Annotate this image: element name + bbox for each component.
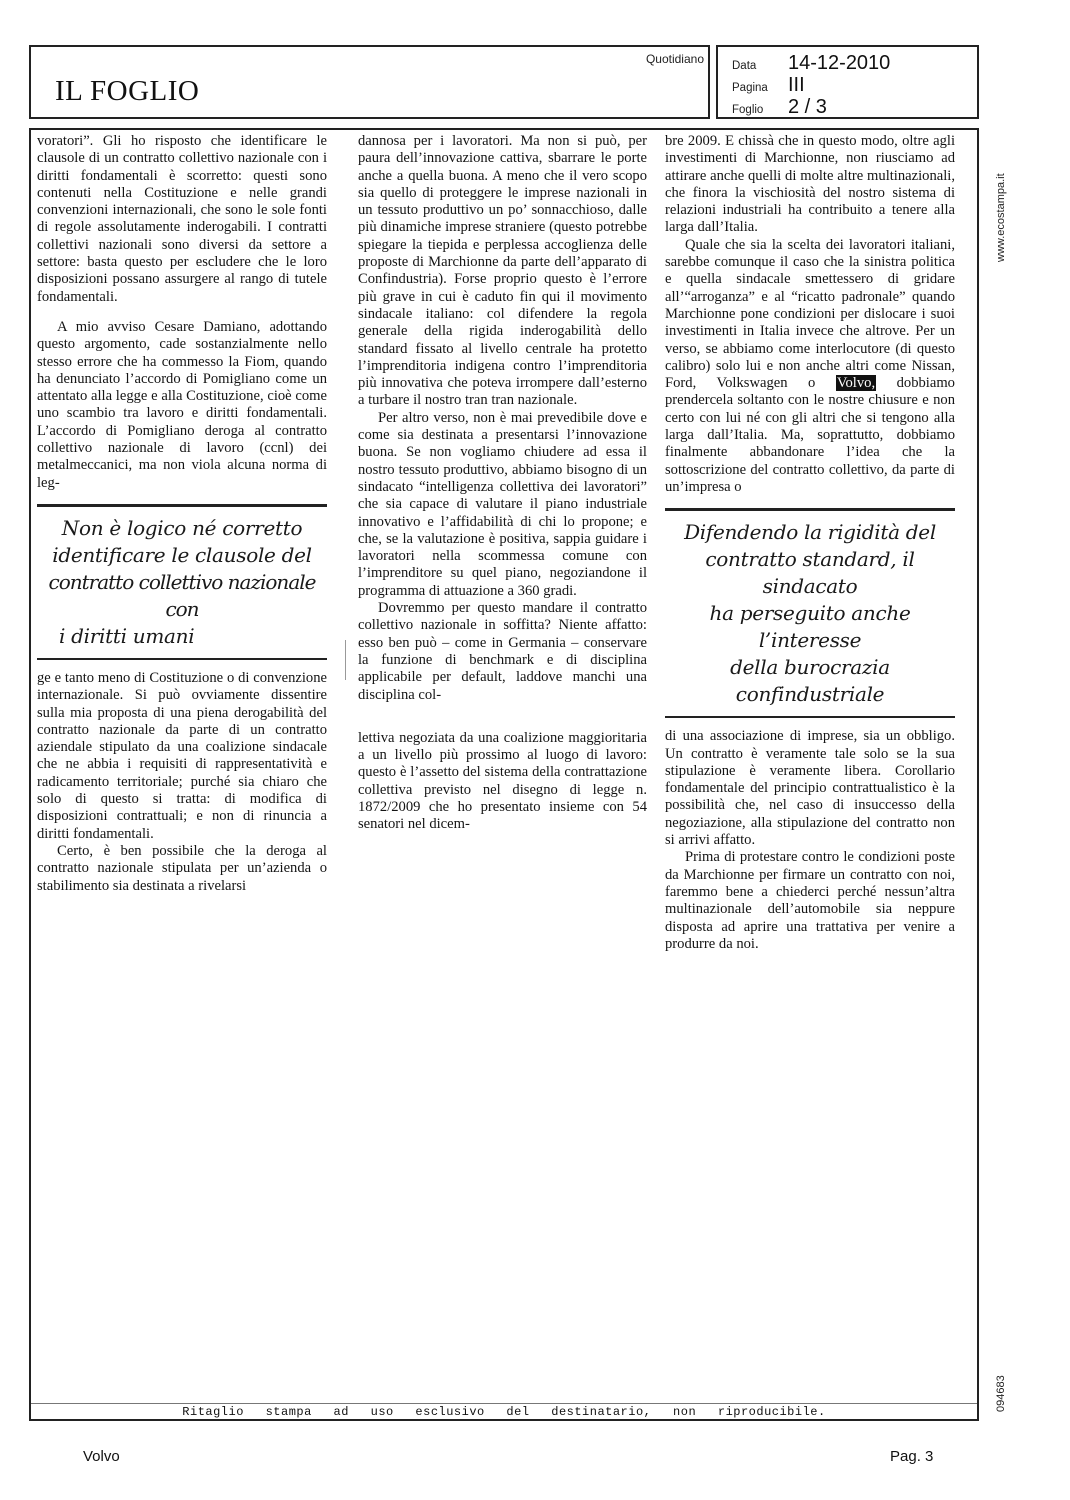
meta-row-page: Pagina III — [732, 74, 805, 97]
page-number: Pag. 3 — [890, 1448, 933, 1465]
periodicity-label: Quotidiano — [646, 52, 704, 66]
paragraph: di una associazione di imprese, sia un o… — [665, 728, 955, 849]
paragraph: voratori”. Gli ho risposto che identific… — [37, 133, 327, 306]
clipping-notice: Ritaglio stampa ad uso esclusivo del des… — [31, 1405, 977, 1419]
pull-quote: Non è logico né corretto identificare le… — [37, 504, 327, 660]
pull-quote-line: i diritti umani — [37, 623, 327, 650]
meta-value-sheet: 2 / 3 — [788, 96, 827, 119]
meta-row-sheet: Foglio 2 / 3 — [732, 96, 827, 119]
keyword-label: Volvo — [83, 1448, 120, 1465]
paragraph: Quale che sia la scelta dei lavoratori i… — [665, 237, 955, 496]
paragraph: bre 2009. E chissà che in questo modo, o… — [665, 133, 955, 237]
website-watermark: www.ecostampa.it — [995, 173, 1007, 262]
text-run: dobbiamo prendercela soltanto con le nos… — [665, 375, 955, 495]
pull-quote: Difendendo la rigidità del contratto sta… — [665, 508, 955, 718]
pull-quote-line: identificare le clausole del — [37, 542, 327, 569]
text-run: Quale che sia la scelta dei lavoratori i… — [665, 237, 955, 391]
meta-row-date: Data 14-12-2010 — [732, 52, 890, 75]
pull-quote-line: ha perseguito anche l’interesse — [665, 600, 955, 654]
paragraph: Per altro verso, non è mai prevedibile d… — [358, 410, 647, 600]
article-column-1: voratori”. Gli ho risposto che identific… — [37, 133, 327, 895]
masthead-box: Quotidiano IL FOGLIO — [29, 45, 710, 119]
document-code: 094683 — [995, 1375, 1007, 1412]
article-column-3: bre 2009. E chissà che in questo modo, o… — [665, 133, 955, 953]
pull-quote-line: contratto standard, il sindacato — [665, 546, 955, 600]
paragraph: dannosa per i lavoratori. Ma non si può,… — [358, 133, 647, 410]
pull-quote-line: Difendendo la rigidità del — [665, 519, 955, 546]
meta-label: Foglio — [732, 104, 788, 116]
meta-label: Data — [732, 60, 788, 72]
newspaper-title: IL FOGLIO — [55, 75, 199, 108]
meta-value-date: 14-12-2010 — [788, 52, 890, 75]
pull-quote-line: contratto collettivo nazionale con — [37, 569, 327, 623]
paragraph: Prima di protestare contro le condizioni… — [665, 849, 955, 953]
paragraph: lettiva negoziata da una coalizione magg… — [358, 730, 647, 834]
highlighted-keyword: Volvo, — [836, 375, 876, 391]
paragraph: A mio avviso Cesare Damiano, adottando q… — [37, 319, 327, 492]
paragraph: Dovremmo per questo mandare il contratto… — [358, 600, 647, 704]
meta-label: Pagina — [732, 82, 788, 94]
footer-divider — [31, 1403, 977, 1404]
pull-quote-line: della burocrazia confindustriale — [665, 654, 955, 708]
meta-value-page: III — [788, 74, 805, 97]
pull-quote-line: Non è logico né corretto — [37, 515, 327, 542]
column-gutter-mark — [345, 640, 346, 680]
paragraph: ge e tanto meno di Costituzione o di con… — [37, 670, 327, 843]
paragraph: Certo, è ben possibile che la deroga al … — [37, 843, 327, 895]
article-column-2: dannosa per i lavoratori. Ma non si può,… — [358, 133, 647, 834]
issue-meta-box: Data 14-12-2010 Pagina III Foglio 2 / 3 — [716, 45, 979, 119]
